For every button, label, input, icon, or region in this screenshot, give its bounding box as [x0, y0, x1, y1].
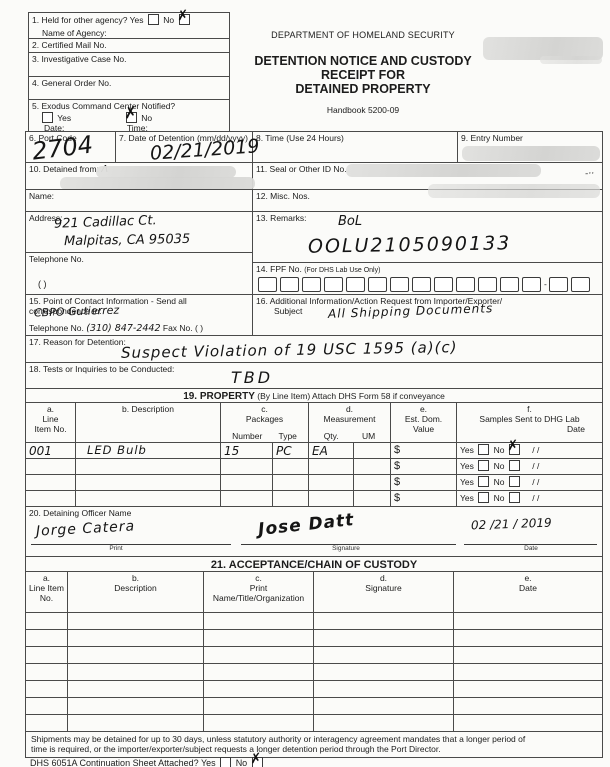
property-header-packages: c. Packages Number Type [220, 402, 309, 443]
property-date-slashes: / / [532, 445, 539, 455]
field-17-reason: 17. Reason for Detention: Suspect Violat… [25, 335, 603, 363]
fpf-box[interactable] [478, 277, 497, 292]
property-no-checkbox[interactable]: ✗ [509, 444, 520, 454]
property-no-checkbox[interactable] [509, 476, 520, 486]
field-20-detaining-officer: 20. Detaining Officer Name Jorge Catera … [25, 506, 603, 557]
property-header-value: e. Est. Dom. Value [390, 402, 457, 443]
field-5-label: 5. Exodus Command Center Notified? [32, 101, 175, 111]
fpf-box[interactable] [549, 277, 568, 292]
fpf-box[interactable] [368, 277, 387, 292]
field-10-label: 10. Detained from: [29, 164, 99, 174]
property-title-rest: (By Line Item) Attach DHS Form 58 if con… [255, 391, 445, 401]
field-1-yes-label: Yes [130, 15, 144, 25]
redaction-misc-nos [428, 184, 600, 198]
field-1-yes-checkbox[interactable] [148, 14, 159, 24]
property-date-slashes: / / [532, 493, 539, 503]
property-title-bold: 19. PROPERTY [183, 391, 255, 402]
field-2-certified-mail: 2. Certified Mail No. [28, 38, 230, 53]
property-no-label: No [494, 461, 505, 471]
property-header-samples: f. Samples Sent to DHG Lab Date [456, 402, 603, 443]
poc-handwriting: CBPO Gutierrez [34, 305, 120, 321]
property-pkg-number-handwriting: 15 [224, 444, 239, 458]
property-yes-checkbox[interactable] [478, 492, 489, 502]
field-5-yes-checkbox[interactable] [42, 112, 53, 122]
property-no-label: No [494, 493, 505, 503]
signature-underline-label: Signature [311, 545, 381, 553]
name-label: Name: [29, 191, 54, 201]
officer-signature-handwriting: Jose Datt [257, 510, 355, 540]
property-no-checkbox[interactable] [509, 492, 520, 502]
officer-date-handwriting: 02 /21 / 2019 [471, 516, 552, 533]
continuation-yes-label: Yes [201, 758, 216, 767]
field-5-no-label: No [141, 113, 152, 123]
property-header-qty: Qty. [324, 431, 339, 441]
field-5-yes-label: Yes [57, 113, 71, 123]
seal-ink-mark: -·· [585, 169, 594, 180]
property-yes-checkbox[interactable] [478, 460, 489, 470]
property-date-slashes: / / [532, 477, 539, 487]
field-8-time: 8. Time (Use 24 Hours) [252, 131, 458, 163]
property-header-number: Number [232, 431, 262, 441]
property-section-title: 19. PROPERTY (By Line Item) Attach DHS F… [25, 388, 603, 403]
field-14-fpf: 14. FPF No. (For DHS Lab Use Only) - [252, 262, 603, 295]
telephone-label: Telephone No. [29, 254, 84, 264]
field-11-label: 11. Seal or Other ID No. [256, 164, 347, 174]
property-date-slashes: / / [532, 461, 539, 471]
field-1-no-xmark: ✗ [176, 7, 189, 25]
detention-notice-form: 1. Held for other agency? Yes No ✗ Name … [0, 0, 610, 767]
field-12-label: 12. Misc. Nos. [256, 191, 310, 201]
form-header: DEPARTMENT OF HOMELAND SECURITY DETENTIO… [238, 30, 488, 115]
property-dollar: $ [390, 458, 457, 475]
custody-header-description: b. Description [67, 571, 204, 613]
poc-telephone-handwriting: (310) 847-2442 [86, 323, 160, 334]
detention-period-note: Shipments may be detained for up to 30 d… [25, 731, 603, 758]
note-line2: time is required, or the importer/export… [31, 744, 597, 754]
field-2-label: 2. Certified Mail No. [32, 40, 107, 50]
telephone-parens: ( ) [38, 279, 47, 290]
field-1-label: 1. Held for other agency? [32, 15, 127, 25]
poc-fax-label: Fax No. ( ) [163, 323, 203, 333]
fpf-box[interactable] [412, 277, 431, 292]
property-header-um: UM [362, 431, 375, 441]
property-line-handwriting: 001 [29, 444, 52, 458]
form-title-line1: DETENTION NOTICE AND CUSTODY [238, 54, 488, 68]
form-title-line2: RECEIPT FOR [238, 68, 488, 82]
field-9-label: 9. Entry Number [461, 133, 523, 143]
field-8-label: 8. Time (Use 24 Hours) [256, 133, 344, 143]
fpf-box[interactable] [346, 277, 365, 292]
field-4-general-order: 4. General Order No. [28, 76, 230, 100]
continuation-label: DHS 6051A Continuation Sheet Attached? [30, 758, 199, 767]
property-header-date: Date [460, 424, 599, 434]
field-1-held-for-other-agency: 1. Held for other agency? Yes No ✗ Name … [28, 12, 230, 39]
custody-section-title: 21. ACCEPTANCE/CHAIN OF CUSTODY [25, 556, 603, 572]
poc-telephone-label: Telephone No. [29, 323, 84, 333]
fpf-box[interactable] [280, 277, 299, 292]
property-yes-checkbox[interactable] [478, 476, 489, 486]
property-dollar: $ [390, 442, 457, 459]
fpf-box[interactable] [390, 277, 409, 292]
property-header-line-item: a. Line Item No. [25, 402, 76, 443]
print-underline-label: Print [86, 545, 146, 553]
property-header-description: b. Description [75, 402, 221, 443]
field-5-exodus: 5. Exodus Command Center Notified? Yes ✗… [28, 99, 230, 132]
address-line1-handwriting: 921 Cadillac Ct. [54, 213, 157, 232]
continuation-sheet-line: DHS 6051A Continuation Sheet Attached? Y… [30, 757, 265, 767]
field-13-label: 13. Remarks: [256, 213, 307, 223]
fpf-box[interactable] [434, 277, 453, 292]
reason-handwriting: Suspect Violation of 19 USC 1595 (a)(c) [121, 339, 458, 363]
custody-header-line-item: a. Line Item No. [25, 571, 68, 613]
property-yes-label: Yes [460, 461, 474, 471]
field-address: Address: 921 Cadillac Ct. Malpitas, CA 9… [25, 211, 253, 253]
field-14-sublabel: (For DHS Lab Use Only) [304, 267, 380, 274]
property-yes-label: Yes [460, 445, 474, 455]
officer-print-handwriting: Jorge Catera [36, 518, 136, 540]
field-13-remarks: 13. Remarks: BoL OOLU2105090133 [252, 211, 603, 263]
field-3-label: 3. Investigative Case No. [32, 54, 127, 64]
custody-header-date: e. Date [453, 571, 603, 613]
field-18-tests: 18. Tests or Inquiries to be Conducted: … [25, 362, 603, 389]
field-18-label: 18. Tests or Inquiries to be Conducted: [29, 364, 174, 374]
property-dollar: $ [390, 474, 457, 491]
field-15-point-of-contact: 15. Point of Contact Information - Send … [25, 294, 253, 336]
form-title-line3: DETAINED PROPERTY [238, 82, 488, 96]
redaction-seal-id [346, 164, 541, 177]
field-16-additional-info: 16. Additional Information/Action Reques… [252, 294, 603, 336]
continuation-no-checkbox[interactable]: ✗ [252, 757, 263, 767]
property-qty-handwriting: EA [312, 444, 328, 458]
tests-handwriting: TBD [231, 369, 273, 388]
property-pkg-type-handwriting: PC [276, 444, 292, 458]
field-4-label: 4. General Order No. [32, 78, 111, 88]
field-1-no-checkbox[interactable]: ✗ [179, 14, 190, 24]
field-name: Name: [25, 189, 253, 212]
property-yes-label: Yes [460, 477, 474, 487]
property-header-measurement: d. Measurement Qty. UM [308, 402, 391, 443]
redaction-entry-number [462, 146, 600, 161]
field-1-agency-label: Name of Agency: [32, 28, 226, 38]
field-3-investigative-case: 3. Investigative Case No. [28, 52, 230, 77]
continuation-no-xmark: ✗ [249, 750, 262, 767]
agency-name: DEPARTMENT OF HOMELAND SECURITY [238, 30, 488, 40]
property-yes-checkbox[interactable] [478, 444, 489, 454]
fpf-box[interactable] [456, 277, 475, 292]
date-underline-label: Date [501, 545, 561, 553]
fpf-box[interactable] [324, 277, 343, 292]
custody-header-print-name: c. Print Name/Title/Organization [203, 571, 314, 613]
fpf-dash: - [544, 279, 547, 289]
field-1-no-label: No [163, 15, 174, 25]
fpf-box[interactable] [302, 277, 321, 292]
continuation-no-label: No [236, 758, 248, 767]
property-dollar: $ [390, 490, 457, 507]
fpf-box[interactable] [522, 277, 541, 292]
remarks-line2-handwriting: OOLU2105090133 [308, 232, 512, 258]
fpf-box[interactable] [258, 277, 277, 292]
field-5-no-xmark: ✗ [123, 103, 138, 123]
property-yes-label: Yes [460, 493, 474, 503]
property-no-checkbox[interactable] [509, 460, 520, 470]
address-line2-handwriting: Malpitas, CA 95035 [64, 232, 190, 250]
fpf-box[interactable] [500, 277, 519, 292]
field-telephone: Telephone No. ( ) [25, 252, 253, 295]
property-no-xmark: ✗ [506, 437, 519, 455]
property-desc-handwriting: LED Bulb [79, 444, 147, 458]
field-17-label: 17. Reason for Detention: [29, 337, 126, 347]
note-line1: Shipments may be detained for up to 30 d… [31, 734, 597, 744]
field-5-no-checkbox[interactable]: ✗ [126, 112, 137, 122]
property-no-label: No [494, 477, 505, 487]
remarks-line1-handwriting: BoL [338, 214, 362, 229]
continuation-yes-checkbox[interactable] [220, 757, 231, 767]
handbook-ref: Handbook 5200-09 [238, 105, 488, 115]
fpf-boxes: - [258, 277, 593, 292]
property-header-type: Type [278, 431, 296, 441]
property-no-label: No [494, 445, 505, 455]
fpf-box[interactable] [571, 277, 590, 292]
field-14-label: 14. FPF No. [256, 264, 302, 274]
redaction-top-right-tail [540, 56, 602, 64]
field-20-label: 20. Detaining Officer Name [29, 508, 131, 518]
custody-header-signature: d. Signature [313, 571, 454, 613]
